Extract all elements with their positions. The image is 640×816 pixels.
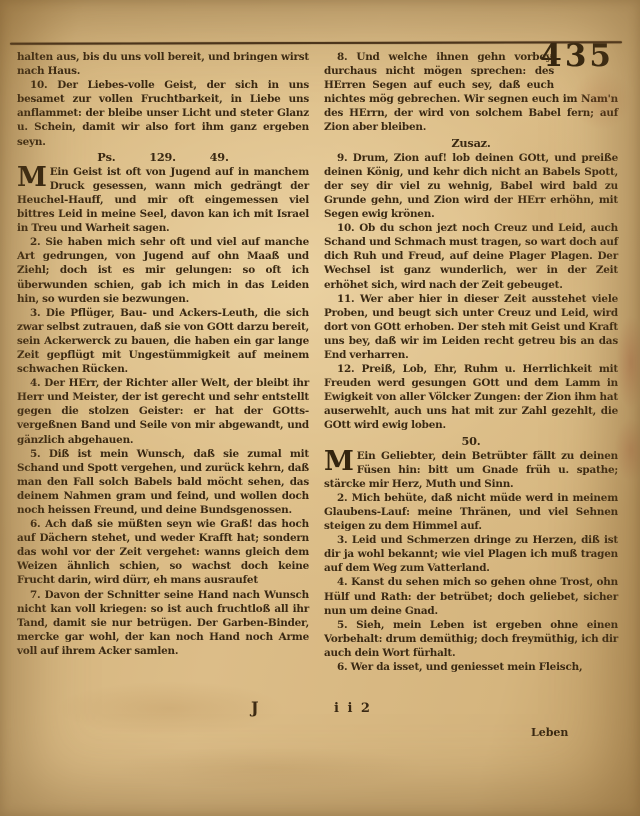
signature-mark-ii2: i i 2 (334, 701, 372, 716)
verse-paragraph: 5. Diß ist mein Wunsch, daß sie zumal mi… (17, 447, 309, 517)
text-column-right: 8. Und welche ihnen gehn vorbey, durchau… (324, 50, 618, 674)
verse-paragraph: 9. Drum, Zion auf! lob deinen GOtt, und … (324, 151, 618, 221)
paper-stain (616, 315, 640, 410)
verse-paragraph: 6. Wer da isset, und geniesset mein Flei… (324, 660, 618, 674)
verse-paragraph: 12. Preiß, Lob, Ehr, Ruhm u. Herrlichkei… (324, 362, 618, 432)
drop-cap-initial: M (17, 166, 47, 190)
verse-paragraph: 7. Davon der Schnitter seine Hand nach W… (17, 588, 309, 658)
signature-mark-j: J (251, 698, 259, 717)
verse-paragraph: 2. Mich behüte, daß nicht müde werd in m… (324, 491, 618, 533)
verse-paragraph: halten aus, bis du uns voll bereit, und … (17, 50, 309, 78)
section-heading: Ps. 129. 49. (17, 150, 309, 164)
verse-paragraph: 6. Ach daß sie müßten seyn wie Graß! das… (17, 517, 309, 587)
verse-paragraph: 2. Sie haben mich sehr oft und viel auf … (17, 235, 309, 305)
verse-paragraph: 4. Der HErr, der Richter aller Welt, der… (17, 376, 309, 446)
verse-with-dropcap: MEin Geliebter, dein Betrübter fällt zu … (324, 449, 618, 491)
verse-paragraph: 10. Der Liebes-volle Geist, der sich in … (17, 78, 309, 148)
verse-with-dropcap: MEin Geist ist oft von Jugend auf in man… (17, 165, 309, 235)
verse-paragraph: 10. Ob du schon jezt noch Creuz und Leid… (324, 221, 618, 291)
section-heading: 50. (324, 434, 618, 448)
verse-paragraph: 11. Wer aber hier in dieser Zeit aussteh… (324, 292, 618, 362)
drop-cap-initial: M (324, 450, 354, 474)
verse-paragraph: 5. Sieh, mein Leben ist ergeben ohne ein… (324, 618, 618, 660)
paper-stain (120, 748, 420, 788)
book-page: 435 halten aus, bis du uns voll bereit, … (0, 0, 640, 816)
text-column-left: halten aus, bis du uns voll bereit, und … (17, 50, 309, 658)
section-heading: Zusaz. (324, 136, 618, 150)
verse-paragraph: 3. Die Pflüger, Bau- und Ackers-Leuth, d… (17, 306, 309, 376)
header-rule (10, 41, 622, 45)
verse-paragraph: 3. Leid und Schmerzen dringe zu Herzen, … (324, 533, 618, 575)
catchword: Leben (531, 726, 568, 739)
page-number-spacer (554, 50, 618, 80)
verse-paragraph: 4. Kanst du sehen mich so gehen ohne Tro… (324, 575, 618, 617)
